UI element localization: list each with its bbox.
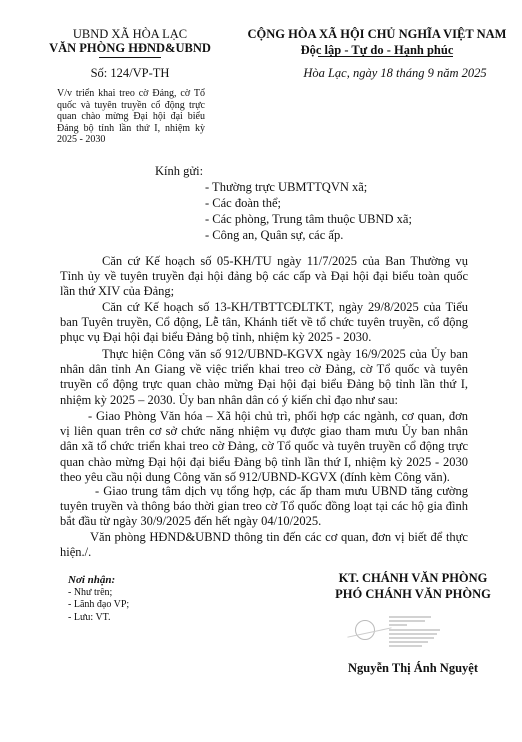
- digital-signature-stamp-icon: [345, 614, 455, 654]
- body-paragraph: - Giao trung tâm dịch vụ tổng hợp, các ấ…: [60, 484, 468, 530]
- seal-circle: [355, 620, 375, 640]
- receiver-item: - Lãnh đạo VP;: [68, 599, 129, 612]
- agency-name: VĂN PHÒNG HĐND&UBND: [40, 41, 220, 55]
- issuing-agency: UBND XÃ HÒA LẠC VĂN PHÒNG HĐND&UBND: [40, 27, 220, 58]
- signer-name: Nguyễn Thị Ánh Nguyệt: [318, 661, 508, 676]
- body-paragraph: Văn phòng HĐND&UBND thông tin đến các cơ…: [60, 530, 468, 560]
- agency-parent: UBND XÃ HÒA LẠC: [40, 27, 220, 41]
- recipient-item: - Công an, Quân sự, các ấp.: [205, 227, 412, 243]
- recipient-item: - Thường trực UBMTTQVN xã;: [205, 179, 412, 195]
- body-paragraph: - Giao Phòng Văn hóa – Xã hội chủ trì, p…: [60, 409, 468, 485]
- document-date: Hòa Lạc, ngày 18 tháng 9 năm 2025: [280, 66, 510, 81]
- country-name: CỘNG HÒA XÃ HỘI CHỦ NGHĨA VIỆT NAM: [232, 27, 522, 41]
- signer-title: KT. CHÁNH VĂN PHÒNG PHÓ CHÁNH VĂN PHÒNG: [318, 571, 508, 602]
- motto: Độc lập - Tự do - Hạnh phúc: [301, 43, 454, 57]
- receivers-block: Nơi nhận: - Như trên; - Lãnh đạo VP; - L…: [68, 574, 129, 625]
- recipient-item: - Các đoàn thể;: [205, 195, 412, 211]
- receiver-item: - Như trên;: [68, 587, 129, 600]
- document-subject: V/v triển khai treo cờ Đảng, cờ Tổ quốc …: [57, 88, 205, 146]
- national-motto: CỘNG HÒA XÃ HỘI CHỦ NGHĨA VIỆT NAM Độc l…: [232, 27, 522, 59]
- body-paragraph: Căn cứ Kế hoạch số 13-KH/TBTTCĐLTKT, ngà…: [60, 300, 468, 346]
- body-paragraph: Căn cứ Kế hoạch số 05-KH/TU ngày 11/7/20…: [60, 254, 468, 300]
- signer-title-line1: KT. CHÁNH VĂN PHÒNG: [318, 571, 508, 587]
- body-paragraph: Thực hiện Công văn số 912/UBND-KGVX ngày…: [60, 347, 468, 408]
- receivers-title: Nơi nhận:: [68, 574, 129, 587]
- signature-info-lines: [389, 616, 449, 650]
- recipient-item: - Các phòng, Trung tâm thuộc UBND xã;: [205, 211, 412, 227]
- recipient-list: - Thường trực UBMTTQVN xã; - Các đoàn th…: [205, 179, 412, 243]
- signer-title-line2: PHÓ CHÁNH VĂN PHÒNG: [318, 587, 508, 603]
- greeting: Kính gửi:: [155, 164, 203, 179]
- document-number: Số: 124/VP-TH: [40, 66, 220, 81]
- agency-underline: [99, 57, 161, 58]
- receiver-item: - Lưu: VT.: [68, 612, 129, 625]
